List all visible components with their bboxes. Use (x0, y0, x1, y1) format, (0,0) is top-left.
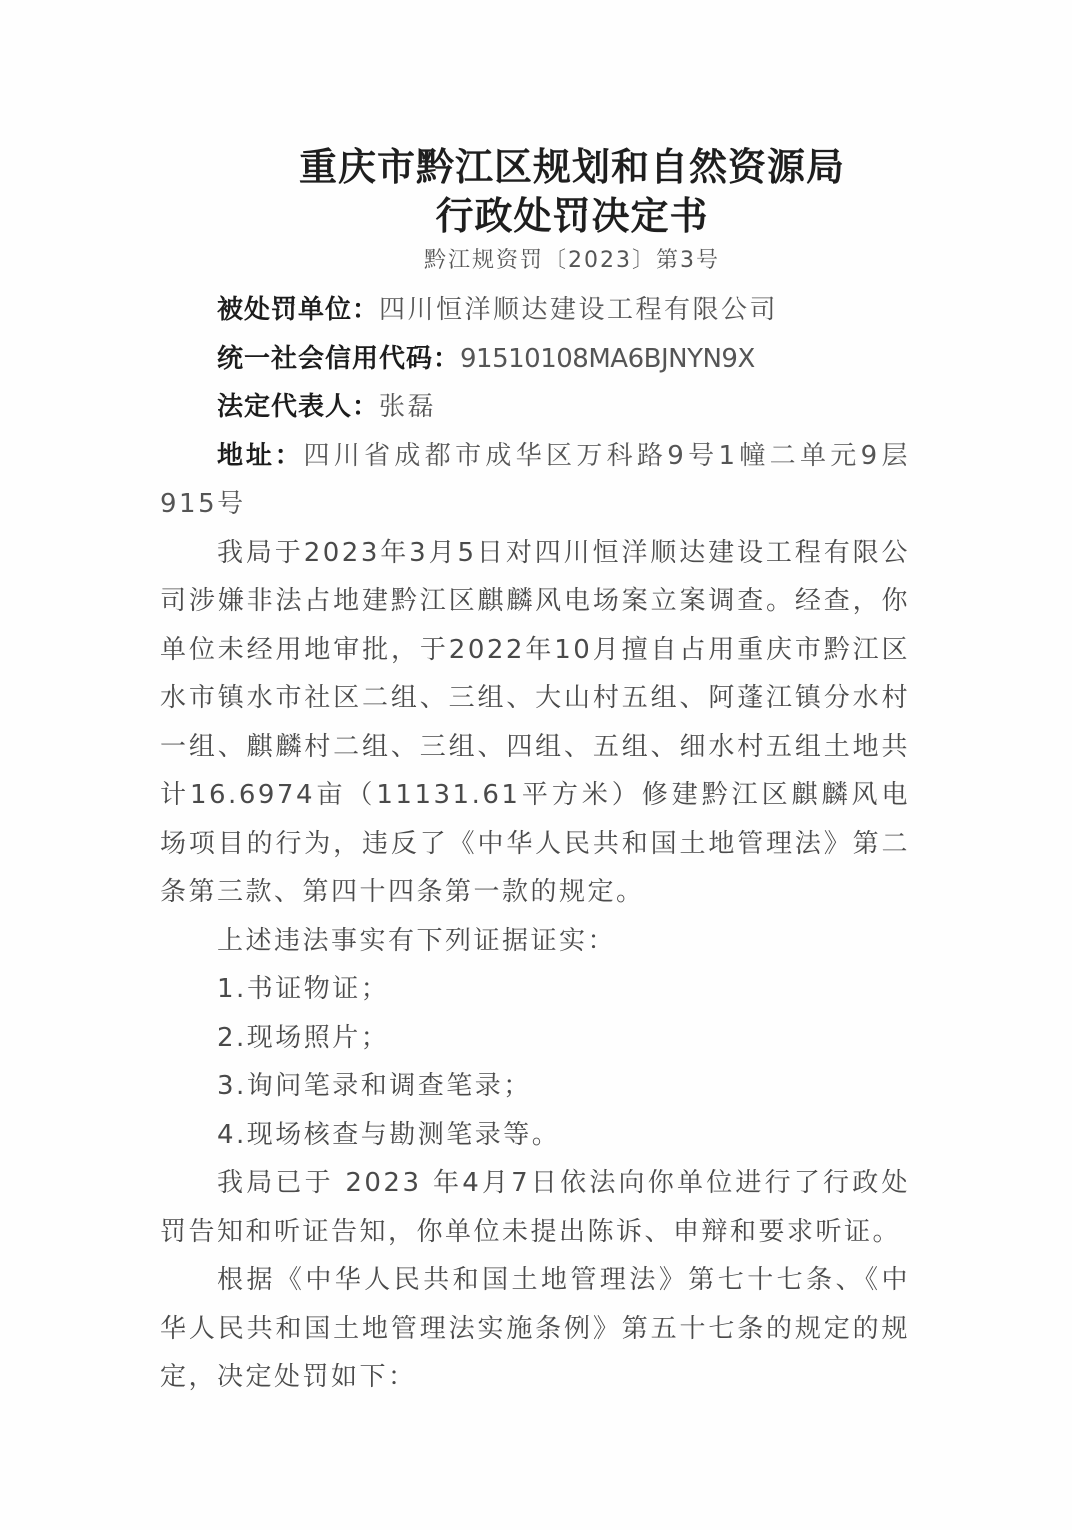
paragraph-notice: 我局已于 2023 年4月7日依法向你单位进行了行政处罚告知和听证告知，你单位未… (160, 1159, 910, 1256)
paragraph-evidence-intro: 上述违法事实有下列证据证实： (160, 917, 910, 966)
paragraph-facts: 我局于2023年3月5日对四川恒洋顺达建设工程有限公司涉嫌非法占地建黔江区麒麟风… (160, 529, 910, 917)
document-number: 黔江规资罚〔2023〕第3号 (36, 243, 1072, 274)
punished-unit-value: 四川恒洋顺达建设工程有限公司 (379, 295, 778, 325)
evidence-item: 4.现场核查与勘测笔录等。 (160, 1111, 910, 1160)
field-address: 地址：四川省成都市成华区万科路9号1幢二单元9层915号 (160, 432, 910, 529)
paragraph-basis: 根据《中华人民共和国土地管理法》第七十七条、《中华人民共和国土地管理法实施条例》… (160, 1256, 910, 1402)
credit-code-label: 统一社会信用代码： (217, 344, 460, 374)
legal-rep-value: 张磊 (379, 392, 436, 422)
document-body: 被处罚单位：四川恒洋顺达建设工程有限公司 统一社会信用代码：91510108MA… (160, 286, 910, 1402)
evidence-item: 1.书证物证； (160, 965, 910, 1014)
legal-rep-label: 法定代表人： (217, 392, 379, 422)
field-legal-representative: 法定代表人：张磊 (160, 383, 910, 432)
document-page: 重庆市黔江区规划和自然资源局 行政处罚决定书 黔江规资罚〔2023〕第3号 被处… (0, 0, 1072, 1530)
evidence-item: 2.现场照片； (160, 1014, 910, 1063)
field-punished-unit: 被处罚单位：四川恒洋顺达建设工程有限公司 (160, 286, 910, 335)
credit-code-value: 91510108MA6BJNYN9X (460, 344, 755, 374)
punished-unit-label: 被处罚单位： (217, 295, 379, 325)
evidence-item: 3.询问笔录和调查笔录； (160, 1062, 910, 1111)
document-title-line1: 重庆市黔江区规划和自然资源局 (36, 136, 1072, 191)
document-title-line2: 行政处罚决定书 (36, 185, 1072, 240)
address-label: 地址： (217, 441, 303, 471)
field-credit-code: 统一社会信用代码：91510108MA6BJNYN9X (160, 335, 910, 384)
